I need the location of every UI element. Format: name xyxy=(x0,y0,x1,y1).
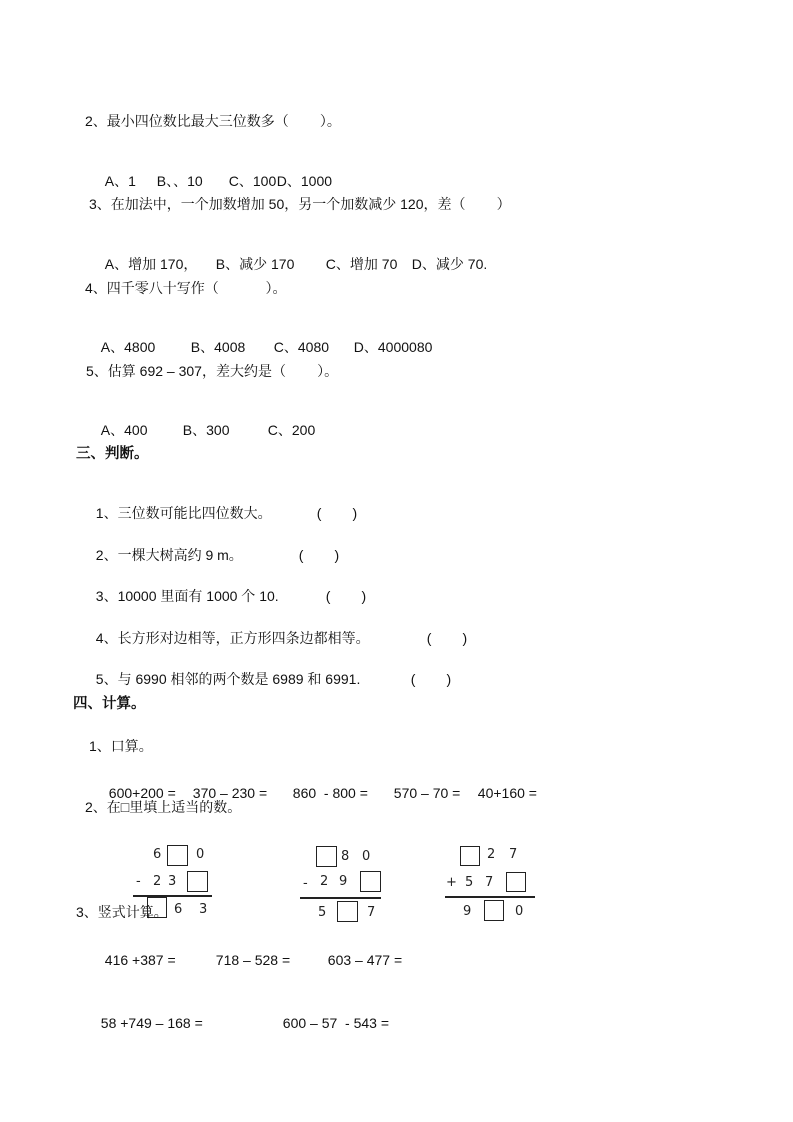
oral-item: 570 – 70 = xyxy=(394,784,478,802)
option-c: C、100 xyxy=(229,172,277,190)
vertical-item: 58 +749 – 168 = xyxy=(101,1014,283,1032)
judge-item-3: 3、10000 里面有 1000 个 10.( ) xyxy=(88,569,366,605)
question-4-options: A、4800B、4008C、4080D、4000080 xyxy=(93,320,432,356)
question-5-options: A、400B、300C、200 xyxy=(93,403,315,439)
answer-box[interactable] xyxy=(460,846,480,866)
digit: 9 xyxy=(463,904,471,920)
operator: - xyxy=(303,876,308,892)
vertical-item: 600 – 57 - 543 = xyxy=(283,1014,389,1032)
oral-calc-title: 1、口算。 xyxy=(89,737,153,755)
option-b: B、、10 xyxy=(157,172,229,190)
digit: 2 xyxy=(487,847,495,863)
answer-box[interactable] xyxy=(484,900,504,921)
digit: 8 xyxy=(341,849,349,865)
answer-box[interactable] xyxy=(360,871,381,892)
digit: 9 xyxy=(339,874,347,890)
vertical-calc-row-2: 58 +749 – 168 =600 – 57 - 543 = xyxy=(93,996,389,1032)
oral-calc-row: 600+200 =370 – 230 =860 - 800 =570 – 70 … xyxy=(101,766,537,802)
sum-line xyxy=(445,896,535,898)
oral-item: 860 - 800 = xyxy=(293,784,394,802)
answer-box[interactable] xyxy=(187,871,208,892)
sum-line xyxy=(300,897,381,899)
digit: 2 xyxy=(320,874,328,890)
vertical-item: 718 – 528 = xyxy=(216,951,328,969)
answer-box[interactable] xyxy=(167,845,188,866)
judge-text: 2、一棵大树高约 9 m。 xyxy=(96,546,299,564)
option-d: D、1000 xyxy=(277,172,332,190)
option-b: B、减少 170 xyxy=(216,255,326,273)
option-a: A、400 xyxy=(101,421,183,439)
digit: 3 xyxy=(168,874,176,890)
judge-text: 1、三位数可能比四位数大。 xyxy=(96,504,317,522)
digit: 5 xyxy=(318,905,326,921)
digit: 0 xyxy=(515,904,523,920)
vertical-calc-row-1: 416 +387 =718 – 528 =603 – 477 = xyxy=(97,933,402,969)
judge-item-4: 4、长方形对边相等，正方形四条边都相等。( ) xyxy=(88,611,467,647)
digit: 5 xyxy=(465,875,473,891)
section-3-heading: 三、判断。 xyxy=(76,445,149,463)
question-4-stem: 4、四千零八十写作（ ）。 xyxy=(85,279,286,297)
section-4-heading: 四、计算。 xyxy=(73,695,146,713)
option-a: A、1 xyxy=(105,172,157,190)
option-a: A、增加 170， xyxy=(105,255,216,273)
answer-box[interactable] xyxy=(316,846,337,867)
operator: + xyxy=(446,875,457,891)
option-d: D、减少 70. xyxy=(412,255,487,273)
question-2-options: A、1B、、10C、100D、1000 xyxy=(97,154,332,190)
option-c: C、4080 xyxy=(274,338,354,356)
judge-item-2: 2、一棵大树高约 9 m。( ) xyxy=(88,528,339,564)
question-2-stem: 2、最小四位数比最大三位数多（ ）。 xyxy=(85,112,341,130)
vertical-item: 416 +387 = xyxy=(105,951,216,969)
judge-item-5: 5、与 6990 相邻的两个数是 6989 和 6991.( ) xyxy=(88,652,451,688)
answer-blank[interactable]: ( ) xyxy=(411,670,451,688)
digit: 6 xyxy=(153,847,161,863)
answer-box[interactable] xyxy=(337,901,358,922)
digit: 3 xyxy=(199,902,207,918)
oral-item: 40+160 = xyxy=(478,784,537,802)
sum-line xyxy=(133,895,212,897)
operator: - xyxy=(136,874,141,890)
answer-blank[interactable]: ( ) xyxy=(326,587,366,605)
judge-text: 3、10000 里面有 1000 个 10. xyxy=(96,587,326,605)
fill-box-title: 2、在□里填上适当的数。 xyxy=(85,798,241,816)
option-c: C、增加 70 xyxy=(326,255,412,273)
digit: 0 xyxy=(196,847,204,863)
option-b: B、300 xyxy=(183,421,268,439)
judge-text: 4、长方形对边相等，正方形四条边都相等。 xyxy=(96,629,427,647)
answer-box[interactable] xyxy=(506,872,526,892)
judge-text: 5、与 6990 相邻的两个数是 6989 和 6991. xyxy=(96,670,411,688)
answer-blank[interactable]: ( ) xyxy=(299,546,339,564)
vertical-calc-title: 3、竖式计算。 xyxy=(76,903,168,921)
option-a: A、4800 xyxy=(101,338,191,356)
digit: 7 xyxy=(509,847,517,863)
judge-item-1: 1、三位数可能比四位数大。( ) xyxy=(88,486,357,522)
option-b: B、4008 xyxy=(191,338,274,356)
digit: 7 xyxy=(367,905,375,921)
vertical-item: 603 – 477 = xyxy=(328,951,402,969)
option-c: C、200 xyxy=(268,421,315,439)
digit: 0 xyxy=(362,849,370,865)
answer-blank[interactable]: ( ) xyxy=(427,629,467,647)
digit: 6 xyxy=(174,902,182,918)
question-3-options: A、增加 170，B、减少 170C、增加 70D、减少 70. xyxy=(97,237,487,273)
digit: 7 xyxy=(485,875,493,891)
question-5-stem: 5、估算 692 – 307，差大约是（ ）。 xyxy=(86,362,338,380)
answer-blank[interactable]: ( ) xyxy=(317,504,357,522)
question-3-stem: 3、在加法中，一个加数增加 50，另一个加数减少 120，差（ ） xyxy=(89,195,511,213)
option-d: D、4000080 xyxy=(354,338,433,356)
digit: 2 xyxy=(153,874,161,890)
